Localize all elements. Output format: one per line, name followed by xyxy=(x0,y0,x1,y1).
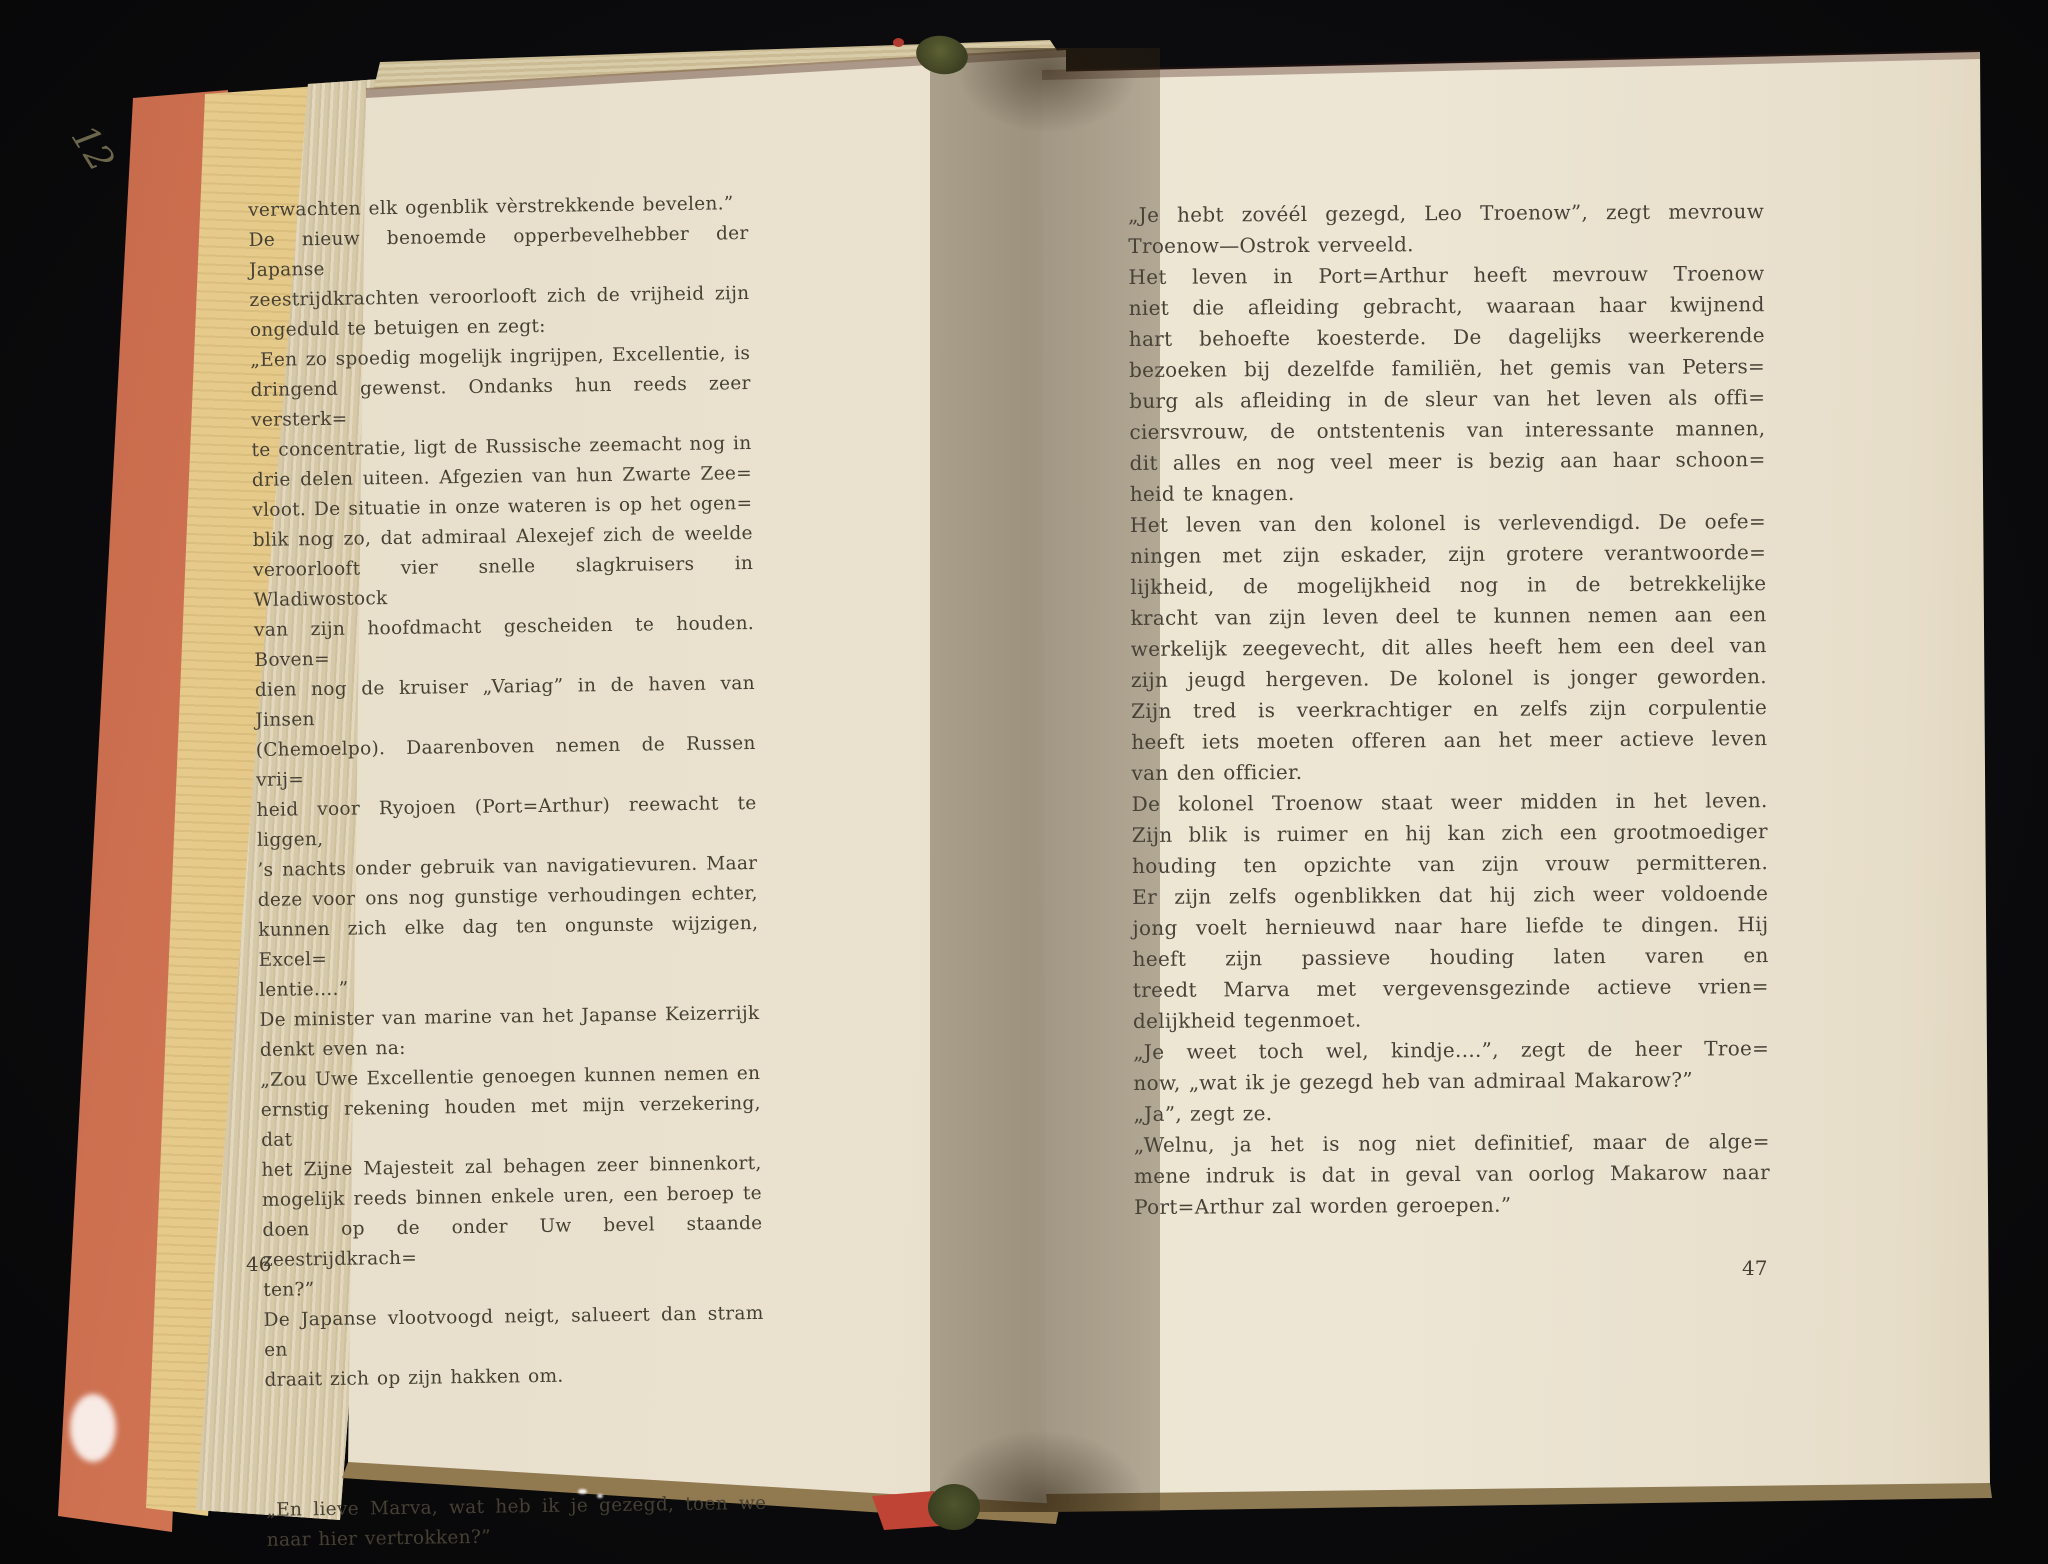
text-line: kracht van zijn leven deel te kunnen nem… xyxy=(1130,599,1766,634)
cover-glare xyxy=(70,1394,116,1462)
page-number-left: 46 xyxy=(246,1252,271,1276)
text-line: Port=Arthur zal worden geroepen.” xyxy=(1134,1188,1770,1223)
tailband-bottom xyxy=(928,1484,980,1530)
text-line: Zijn tred is veerkrachtiger en zelfs zij… xyxy=(1131,692,1767,727)
text-line: mene indruk is dat in geval van oorlog M… xyxy=(1134,1157,1770,1192)
text-line: De nieuw benoemde opperbevelhebber der J… xyxy=(248,219,749,286)
text-line: doen op de onder Uw bevel staande zeestr… xyxy=(262,1209,763,1276)
paragraph: „En lieve Marva, wat heb ik je gezegd, t… xyxy=(266,1489,767,1556)
text-line: bezoeken bij dezelfde familiën, het gemi… xyxy=(1129,351,1765,386)
paragraph: De nieuw benoemde opperbevelhebber der J… xyxy=(248,219,750,346)
right-page-text: „Je hebt zovéél gezegd, Leo Troenow”, ze… xyxy=(1128,196,1770,1223)
text-line: De kolonel Troenow staat weer midden in … xyxy=(1132,785,1768,820)
text-line: ningen met zijn eskader, zijn grotere ve… xyxy=(1130,537,1766,572)
text-line: hart behoefte koesterde. De dagelijks we… xyxy=(1129,320,1765,355)
text-line: jong voelt hernieuwd naar hare liefde te… xyxy=(1132,909,1768,944)
text-line: treedt Marva met vergevensgezinde actiev… xyxy=(1133,971,1769,1006)
paragraph: Het leven in Port=Arthur heeft mevrouw T… xyxy=(1128,258,1766,510)
book-photo: { "scene": { "description": "Photograph … xyxy=(0,0,2048,1564)
paragraph: De Japanse vlootvoogd neigt, salueert da… xyxy=(263,1299,764,1396)
paragraph: „Je weet toch wel, kindje....”, zegt de … xyxy=(1133,1033,1769,1099)
text-line: Zijn blik is ruimer en hij kan zich een … xyxy=(1132,816,1768,851)
paragraph: „Ja”, zegt ze. xyxy=(1133,1095,1769,1130)
text-line: werkelijk zeegevecht, dit alles heeft he… xyxy=(1131,630,1767,665)
text-line: Het leven van den kolonel is verlevendig… xyxy=(1130,506,1766,541)
text-line: houding ten opzichte van zijn vrouw perm… xyxy=(1132,847,1768,882)
text-line: De Japanse vlootvoogd neigt, salueert da… xyxy=(263,1299,764,1366)
handwritten-note: 12 xyxy=(63,118,130,191)
paragraph: „Zou Uwe Excellentie genoegen kunnen nem… xyxy=(260,1059,763,1306)
paragraph: „Een zo spoedig mogelijk ingrijpen, Exce… xyxy=(250,339,759,1006)
text-line: heeft iets moeten offeren aan het meer a… xyxy=(1131,723,1767,758)
text-line: heid te knagen. xyxy=(1130,475,1766,510)
text-line: ciersvrouw, de ontstentenis van interess… xyxy=(1129,413,1765,448)
text-line: van den officier. xyxy=(1131,754,1767,789)
text-line: zijn jeugd hergeven. De kolonel is jonge… xyxy=(1131,661,1767,696)
text-line: Het leven in Port=Arthur heeft mevrouw T… xyxy=(1128,258,1764,293)
text-line: Er zijn zelfs ogenblikken dat hij zich w… xyxy=(1132,878,1768,913)
text-line: niet die afleiding gebracht, waaraan haa… xyxy=(1129,289,1765,324)
text-line: lijkheid, de mogelijkheid nog in de betr… xyxy=(1130,568,1766,603)
text-line: „Welnu, ja het is nog niet definitief, m… xyxy=(1134,1126,1770,1161)
text-line: „Je hebt zovéél gezegd, Leo Troenow”, ze… xyxy=(1128,196,1764,231)
text-line: „Ja”, zegt ze. xyxy=(1133,1095,1769,1130)
text-line: dien nog de kruiser „Variag” in de haven… xyxy=(255,669,756,736)
text-line: „Je weet toch wel, kindje....”, zegt de … xyxy=(1133,1033,1769,1068)
text-line: delijkheid tegenmoet. xyxy=(1133,1002,1769,1037)
text-line: draait zich op zijn hakken om. xyxy=(264,1359,764,1396)
paragraph: De minister van marine van het Japanse K… xyxy=(259,999,760,1066)
text-line: ernstig rekening houden met mijn verzeke… xyxy=(261,1089,762,1156)
text-line: naar hier vertrokken?” xyxy=(267,1519,767,1556)
text-line: kunnen zich elke dag ten ongunste wijzig… xyxy=(258,909,759,976)
text-line: dit alles en nog veel meer is bezig aan … xyxy=(1130,444,1766,479)
text-line: Troenow—Ostrok verveeld. xyxy=(1128,227,1764,262)
text-line: dringend gewenst. Ondanks hun reeds zeer… xyxy=(251,369,752,436)
text-line: now, „wat ik je gezegd heb van admiraal … xyxy=(1133,1064,1769,1099)
text-line: (Chemoelpo). Daarenboven nemen de Russen… xyxy=(256,729,757,796)
text-line: van zijn hoofdmacht gescheiden te houden… xyxy=(254,609,755,676)
paragraph: „Je hebt zovéél gezegd, Leo Troenow”, ze… xyxy=(1128,196,1764,262)
paragraph: De kolonel Troenow staat weer midden in … xyxy=(1132,785,1770,1037)
paragraph: Het leven van den kolonel is verlevendig… xyxy=(1130,506,1768,789)
text-line: burg als afleiding in de sleur van het l… xyxy=(1129,382,1765,417)
paragraph: „Welnu, ja het is nog niet definitief, m… xyxy=(1134,1126,1771,1223)
text-line: heeft zijn passieve houding laten varen … xyxy=(1133,940,1769,975)
page-number-right: 47 xyxy=(1742,1256,1767,1280)
left-page-text: verwachten elk ogenblik vèrstrekkende be… xyxy=(248,189,767,1556)
text-line: heid voor Ryojoen (Port=Arthur) reewacht… xyxy=(256,789,757,856)
text-line: veroorlooft vier snelle slagkruisers in … xyxy=(253,549,754,616)
spine-top-red-speck xyxy=(893,38,904,47)
